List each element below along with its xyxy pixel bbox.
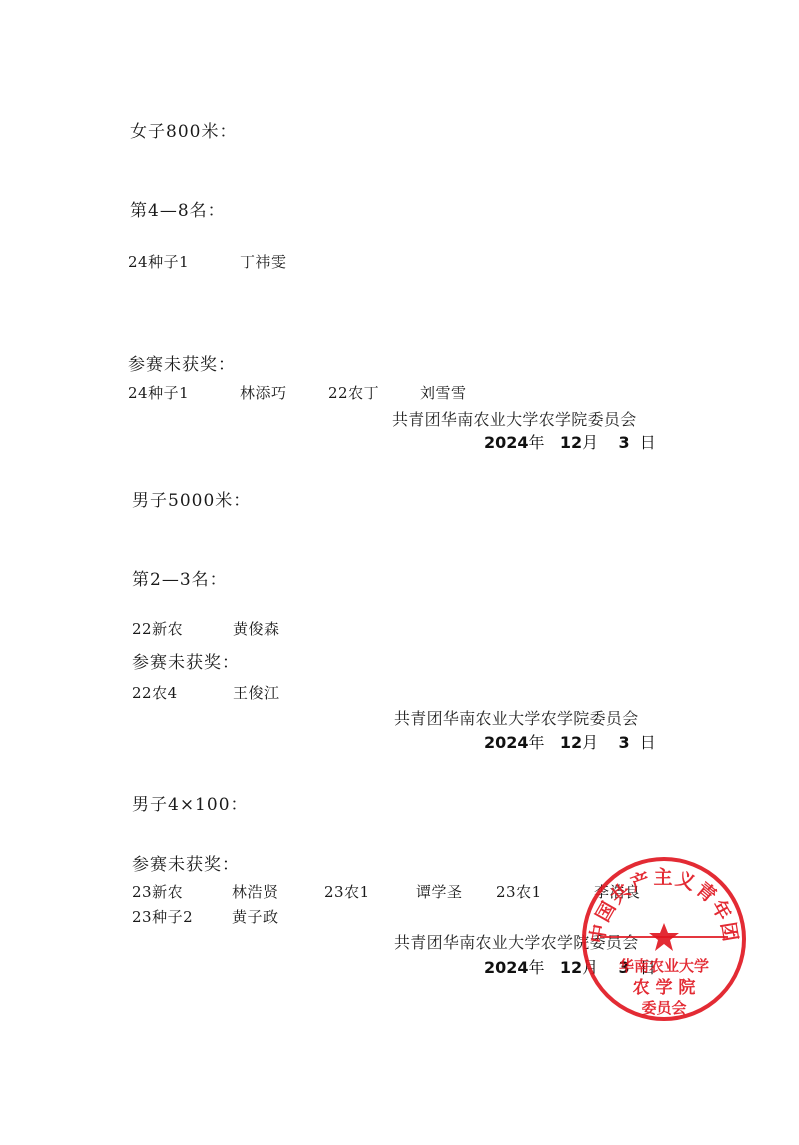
- signature-date: 2024年 12月 3 日: [484, 730, 656, 753]
- no-award-label: 参赛未获奖：: [128, 350, 236, 375]
- date-year: 2024: [484, 433, 529, 452]
- entry-name: 林添巧: [240, 382, 287, 403]
- entry-class: 22农4: [132, 682, 178, 703]
- rank-label-4-8: 第4—8名：: [130, 196, 226, 221]
- entry-name: 丁祎雯: [240, 251, 287, 272]
- entry-class: 24种子1: [128, 251, 189, 272]
- entry-name: 林浩贤: [232, 881, 279, 902]
- entry-class: 24种子1: [128, 382, 189, 403]
- date-month: 12: [560, 433, 582, 452]
- entry-class: 22农丁: [328, 382, 379, 403]
- entry-class: 23种子2: [132, 906, 193, 927]
- seal-icon: 中国共产主义青年团 华南农业大学 农 学 院 委员会: [580, 855, 748, 1023]
- seal-line3: 委员会: [641, 999, 686, 1017]
- no-award-label: 参赛未获奖：: [132, 850, 240, 875]
- section-title-men-4x100: 男子4×100：: [132, 790, 249, 815]
- entry-name: 谭学圣: [416, 881, 463, 902]
- entry-name: 黄子政: [232, 906, 279, 927]
- entry-class: 22新农: [132, 618, 183, 639]
- seal-line2: 农 学 院: [633, 977, 696, 998]
- signature-org: 共青团华南农业大学农学院委员会: [394, 706, 639, 729]
- date-year: 2024: [484, 733, 529, 752]
- entry-class: 23新农: [132, 881, 183, 902]
- official-seal: 中国共产主义青年团 华南农业大学 农 学 院 委员会: [580, 855, 748, 1023]
- signature-date: 2024年 12月 3 日: [484, 430, 656, 453]
- seal-line1: 华南农业大学: [619, 957, 709, 975]
- entry-class: 23农1: [324, 881, 370, 902]
- rank-label-2-3: 第2—3名：: [132, 565, 228, 590]
- no-award-label: 参赛未获奖：: [132, 648, 240, 673]
- signature-org: 共青团华南农业大学农学院委员会: [392, 407, 637, 430]
- date-month: 12: [560, 733, 582, 752]
- section-title-men-5000m: 男子5000米：: [132, 486, 251, 511]
- entry-name: 黄俊森: [233, 618, 280, 639]
- date-month: 12: [560, 958, 582, 977]
- date-day: 3: [618, 733, 629, 752]
- date-day: 3: [618, 433, 629, 452]
- entry-name: 刘雪雪: [420, 382, 467, 403]
- date-year: 2024: [484, 958, 529, 977]
- entry-name: 王俊江: [233, 682, 280, 703]
- section-title-women-800m: 女子800米：: [130, 117, 237, 142]
- entry-class: 23农1: [496, 881, 542, 902]
